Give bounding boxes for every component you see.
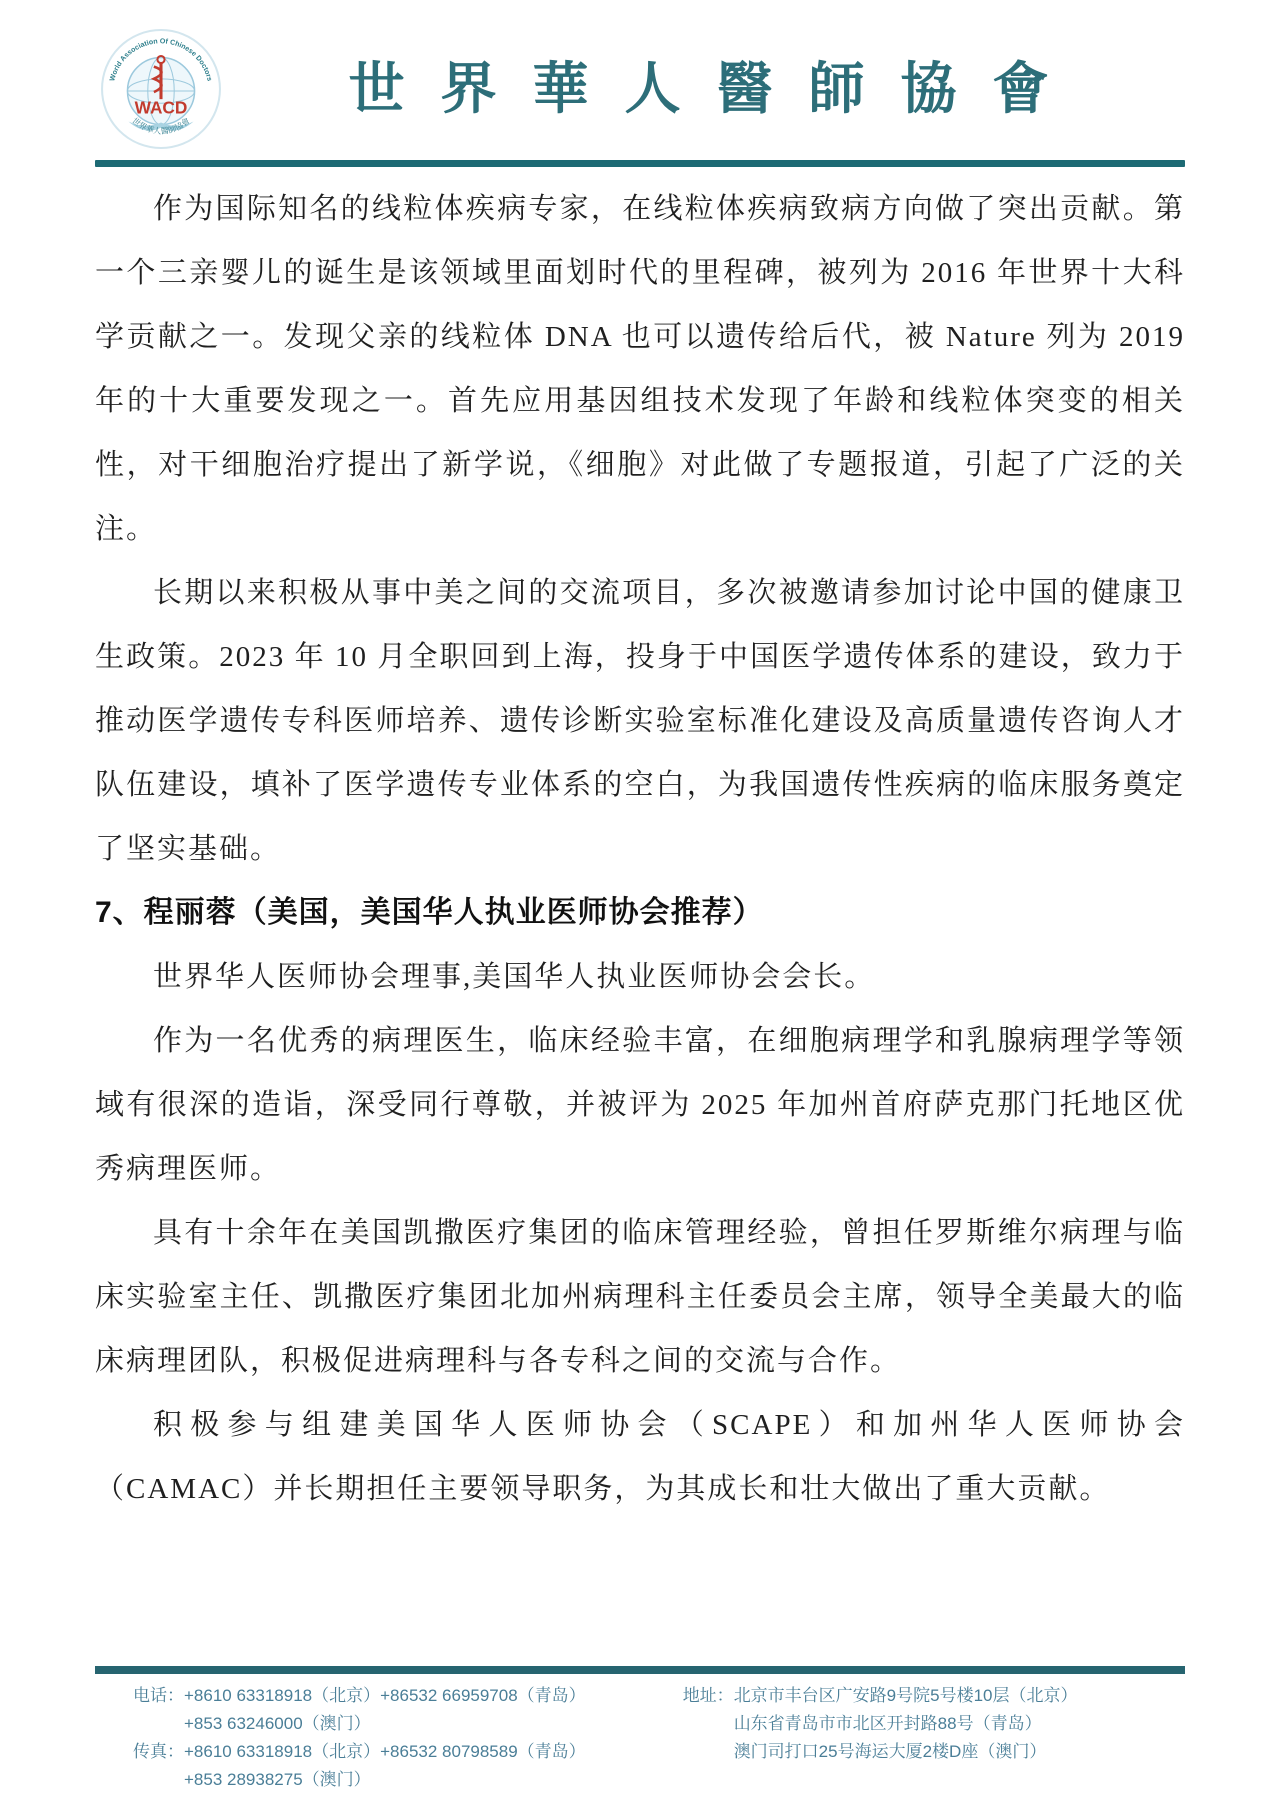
footer-divider-bar xyxy=(95,1666,1185,1674)
header-divider xyxy=(95,160,1185,167)
address-line-3: 澳门司打口25号海运大厦2楼D座（澳门） xyxy=(734,1738,1185,1766)
phone-values: +8610 63318918（北京）+86532 66959708（青岛） +8… xyxy=(184,1682,673,1738)
section-paragraph-3: 具有十余年在美国凯撒医疗集团的临床管理经验，曾担任罗斯维尔病理与临床实验室主任、… xyxy=(95,1201,1185,1393)
address-label: 地址： xyxy=(683,1682,734,1766)
section-paragraph-2: 作为一名优秀的病理医生，临床经验丰富，在细胞病理学和乳腺病理学等领域有很深的造诣… xyxy=(95,1009,1185,1201)
fax-line-1: +8610 63318918（北京）+86532 80798589（青岛） xyxy=(184,1738,673,1766)
footer-address-block: 地址： 北京市丰台区广安路9号院5号楼10层（北京） 山东省青岛市市北区开封路8… xyxy=(673,1682,1185,1794)
section-paragraph-1: 世界华人医师协会理事,美国华人执业医师协会会长。 xyxy=(95,945,1185,1009)
org-title: 世界華人醫師協會 xyxy=(222,58,1185,120)
footer-contact-info: 电话： +8610 63318918（北京）+86532 66959708（青岛… xyxy=(95,1682,1185,1794)
phone-line-2: +853 63246000（澳门） xyxy=(184,1710,673,1738)
article-body: 作为国际知名的线粒体疾病专家，在线粒体疾病致病方向做了突出贡献。第一个三亲婴儿的… xyxy=(0,167,1280,1521)
phone-line-1: +8610 63318918（北京）+86532 66959708（青岛） xyxy=(184,1682,673,1710)
section-paragraph-4: 积极参与组建美国华人医师协会（SCAPE）和加州华人医师协会（CAMAC）并长期… xyxy=(95,1393,1185,1521)
address-line-1: 北京市丰台区广安路9号院5号楼10层（北京） xyxy=(734,1682,1185,1710)
address-line-2: 山东省青岛市市北区开封路88号（青岛） xyxy=(734,1710,1185,1738)
footer-phone-fax-block: 电话： +8610 63318918（北京）+86532 66959708（青岛… xyxy=(95,1682,673,1794)
wacd-logo-icon: World Association Of Chinese Doctors WAC… xyxy=(100,28,222,150)
phone-label: 电话： xyxy=(133,1682,184,1738)
fax-values: +8610 63318918（北京）+86532 80798589（青岛） +8… xyxy=(184,1738,673,1794)
header: World Association Of Chinese Doctors WAC… xyxy=(0,0,1280,160)
fax-label: 传真： xyxy=(133,1738,184,1794)
logo-acronym: WACD xyxy=(135,97,188,117)
intro-paragraph-1: 作为国际知名的线粒体疾病专家，在线粒体疾病致病方向做了突出贡献。第一个三亲婴儿的… xyxy=(95,177,1185,561)
fax-line-2: +853 28938275（澳门） xyxy=(184,1766,673,1794)
intro-paragraph-2: 长期以来积极从事中美之间的交流项目，多次被邀请参加讨论中国的健康卫生政策。202… xyxy=(95,561,1185,881)
fax-row: 传真： +8610 63318918（北京）+86532 80798589（青岛… xyxy=(133,1738,673,1794)
phone-row: 电话： +8610 63318918（北京）+86532 66959708（青岛… xyxy=(133,1682,673,1738)
address-values: 北京市丰台区广安路9号院5号楼10层（北京） 山东省青岛市市北区开封路88号（青… xyxy=(734,1682,1185,1766)
footer: 电话： +8610 63318918（北京）+86532 66959708（青岛… xyxy=(95,1666,1185,1794)
document-page: World Association Of Chinese Doctors WAC… xyxy=(0,0,1280,1810)
address-row: 地址： 北京市丰台区广安路9号院5号楼10层（北京） 山东省青岛市市北区开封路8… xyxy=(683,1682,1185,1766)
section-heading: 7、程丽蓉（美国，美国华人执业医师协会推荐） xyxy=(95,881,1185,945)
